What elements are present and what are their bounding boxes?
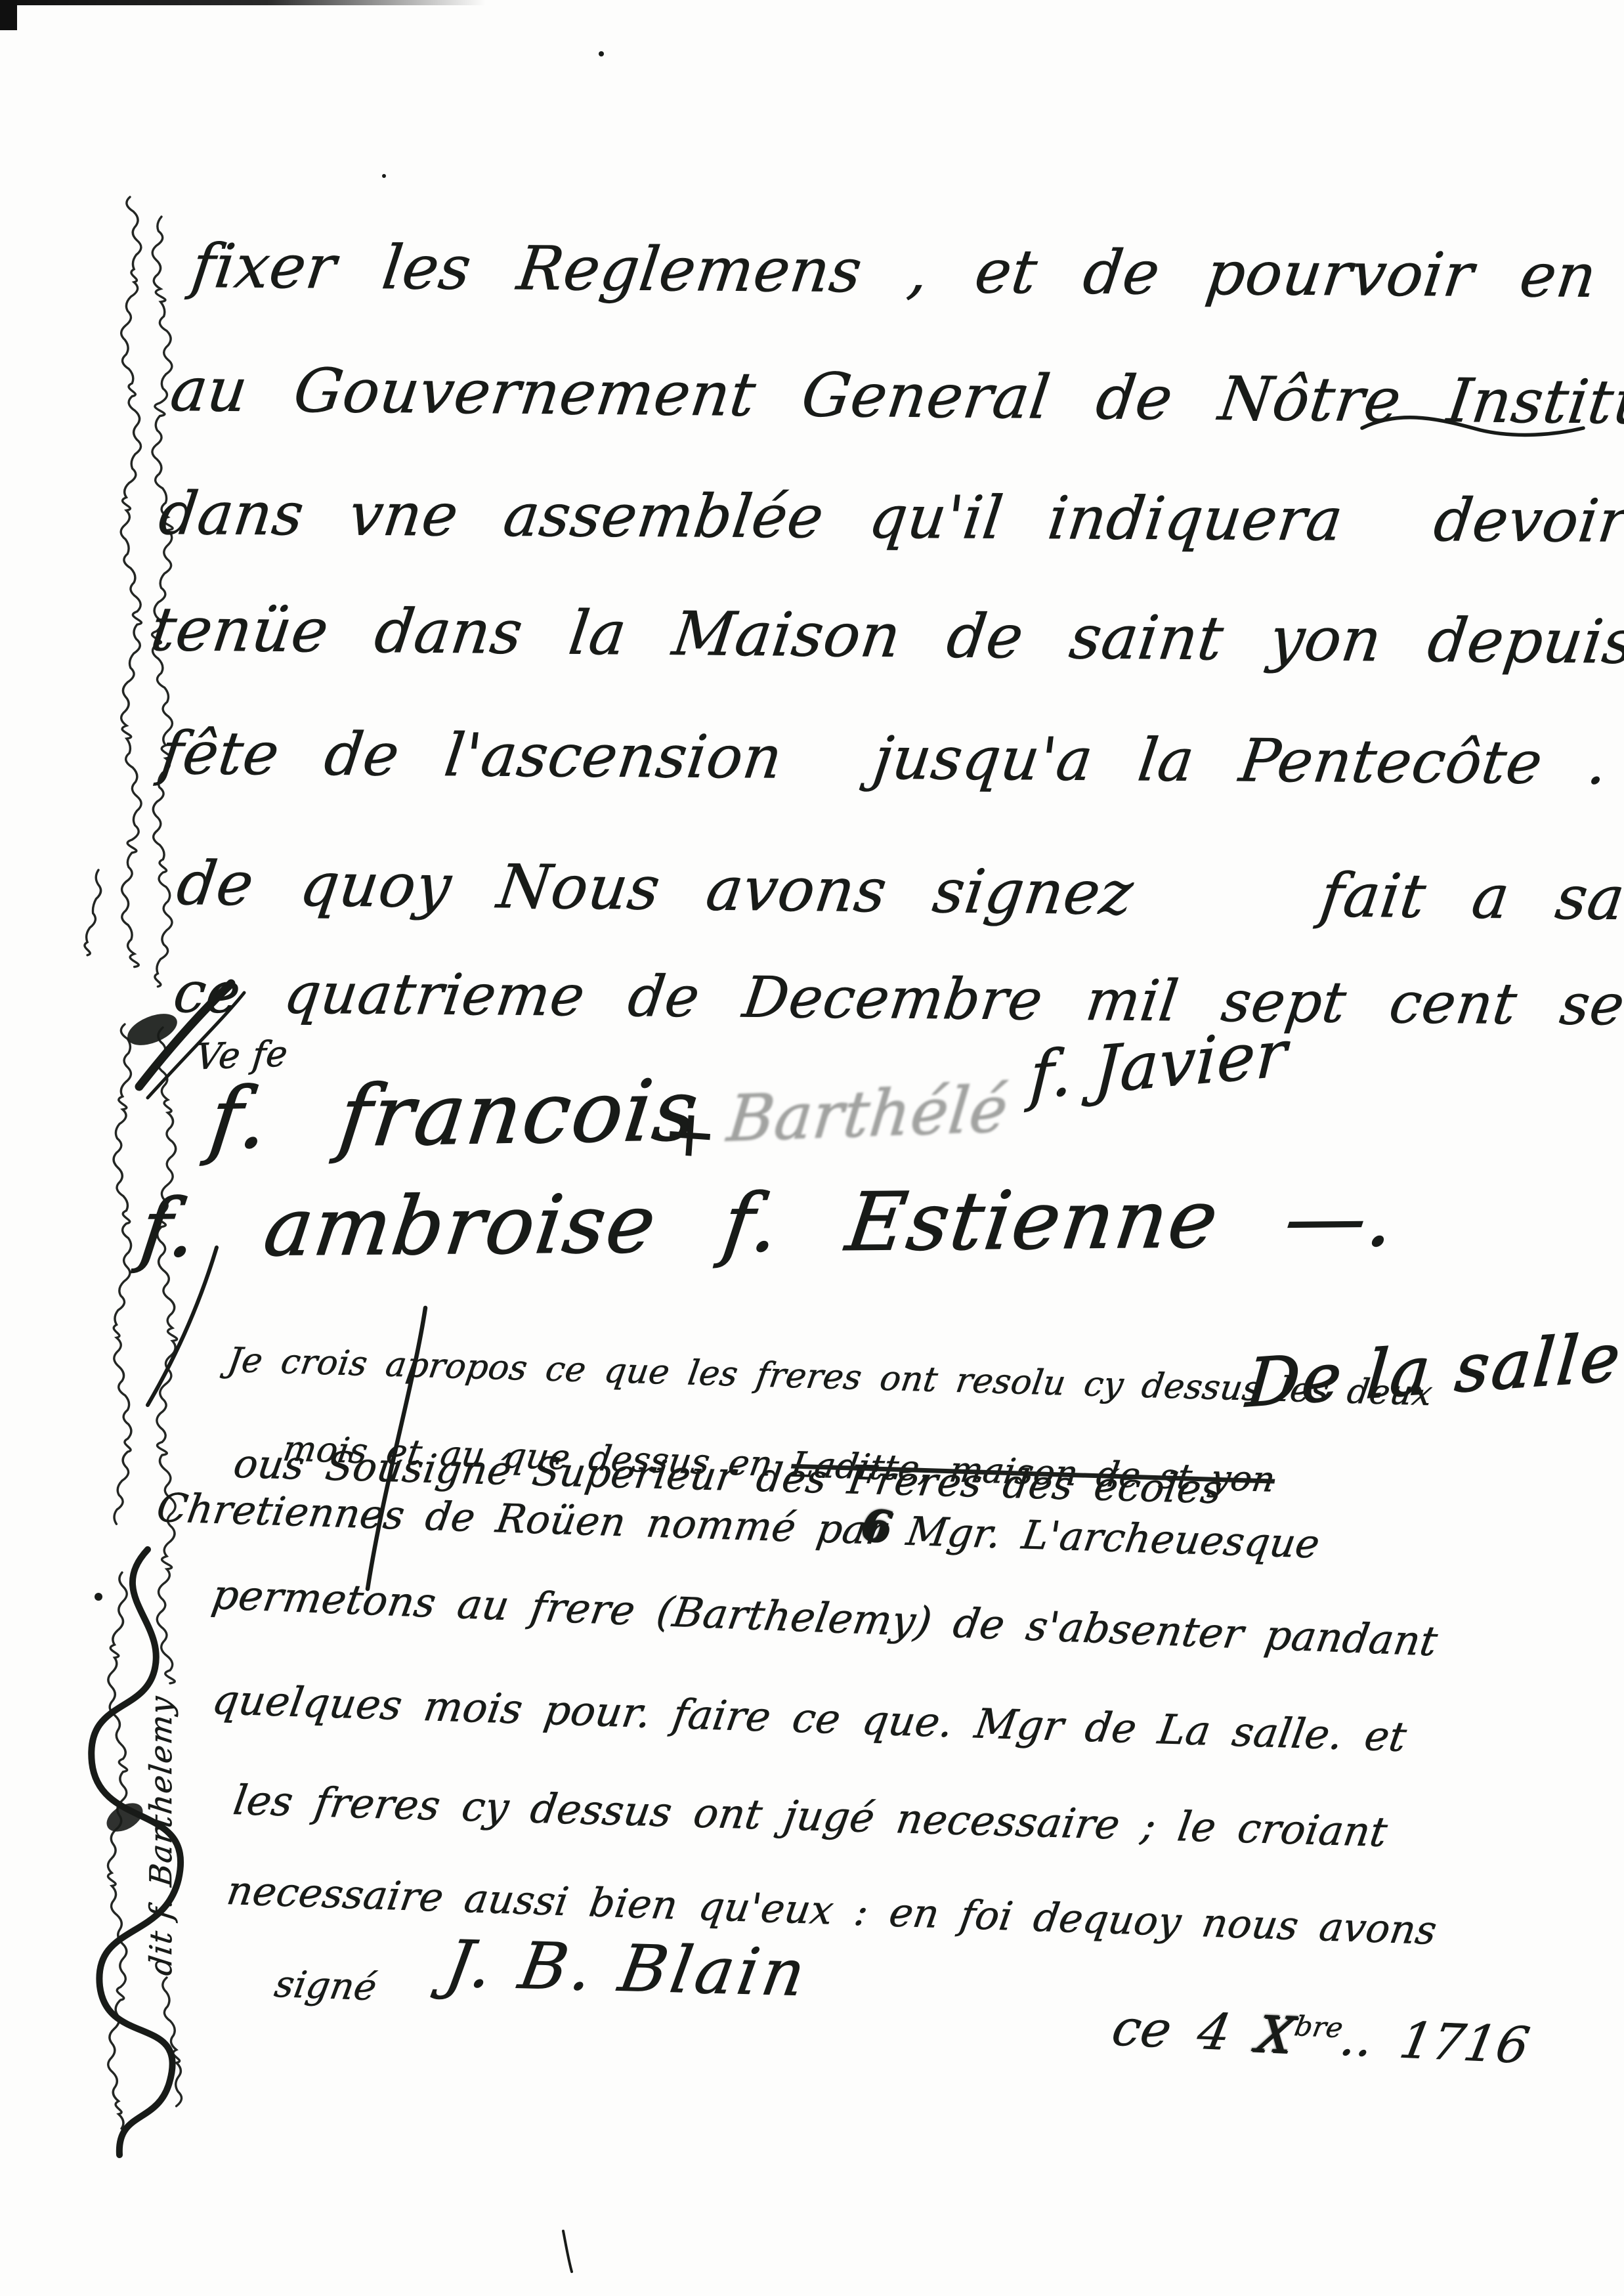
postscript-line-7: les freres cy dessus ont jugé necessaire… <box>230 1776 1390 1856</box>
postscript-line-5: permetons au frere (Barthelemy) de s'abs… <box>209 1570 1441 1665</box>
margin-scribble-line <box>157 1028 177 1683</box>
manuscript-line-4: tenüe dans la Maison de saint yon depuis… <box>147 594 1624 678</box>
margin-scribble-line <box>163 1978 182 2106</box>
manuscript-line-1: fixer les Reglemens , et de pourvoir en … <box>188 231 1624 314</box>
ink-speck <box>95 1593 102 1601</box>
signature-ambroise-estienne: f. ambroise f. Estienne —. <box>135 1171 1401 1275</box>
signature-cross-mark: + <box>661 1095 721 1173</box>
manuscript-line-2: au Gouvernement General de Nôtre Institu… <box>167 355 1624 438</box>
postscript-line-8: necessaire aussi bien qu'eux : en foi de… <box>224 1868 1440 1954</box>
manuscript-line-5: fête de l'ascension jusqu'a la Pentecôte… <box>156 719 1624 800</box>
signature-francois: f. francois <box>205 1062 705 1168</box>
blain-signature: J. B. Blain <box>440 1927 814 2011</box>
scan-corner-artifact <box>0 0 17 30</box>
delasalle-signature: De la salle <box>1244 1318 1624 1422</box>
manuscript-line-3: dans vne assemblée qu'il indiquera devoi… <box>156 479 1624 557</box>
signature-barthele-faint: Barthélé <box>724 1072 1012 1156</box>
margin-scribble-line <box>108 1572 127 2129</box>
margin-scribble-line <box>121 197 141 967</box>
margin-scribble-line <box>114 1024 131 1524</box>
margin-scribble-line <box>85 870 101 955</box>
scan-edge-artifact <box>0 0 486 5</box>
manuscript-line-7: ce quatrieme de Decembre mil sept cent s… <box>170 960 1624 1040</box>
ink-speck <box>599 51 604 56</box>
signed-date-month-sup: bre <box>1292 2010 1346 2044</box>
ink-speck <box>382 174 386 178</box>
signed-date: ce 4 Xbre.. 1716 <box>989 1936 1545 2133</box>
margin-note-fragment: dit f. Barthelemy <box>143 1693 179 1978</box>
manuscript-line-6: de quoy Nous avons signez fait a saint y… <box>173 848 1624 936</box>
signed-date-year: .. 1716 <box>1336 2008 1534 2075</box>
bottom-slash-mark <box>563 2231 572 2272</box>
signed-date-pre: ce 4 <box>1108 1999 1263 2063</box>
postscript-line-6: quelques mois pour. faire ce que. Mgr de… <box>209 1676 1410 1761</box>
manuscript-page: fixer les Reglemens , et de pourvoir en … <box>0 0 1624 2296</box>
ink-blot <box>102 1797 148 1837</box>
signed-label: signé <box>272 1963 381 2009</box>
